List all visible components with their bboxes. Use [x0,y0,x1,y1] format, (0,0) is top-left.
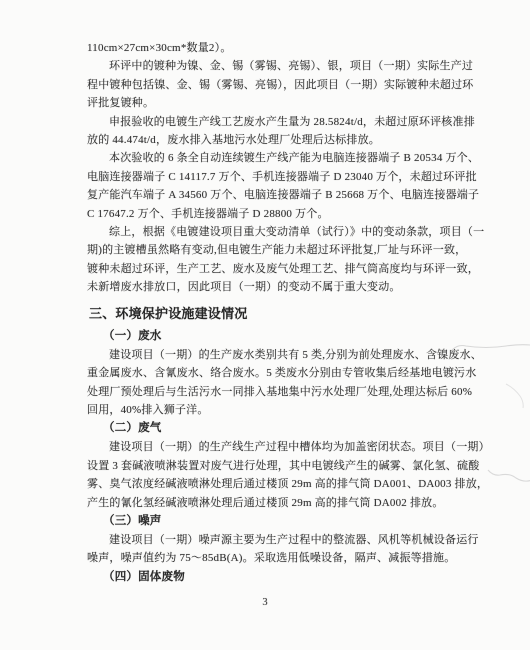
scanned-document-page: 110cm×27cm×30cm*数量2）。环评中的镀种为镍、金、锡（雾锡、亮锡）… [0,0,530,650]
page-number: 3 [0,597,530,608]
text-line: 处理厂预处理后与生活污水一同排入基地集中污水处理厂处理,处理达标后 60% [87,383,479,401]
text-line: 电脑连接器端子 C 14117.7 万个、手机连接器端子 D 23040 万个，… [87,168,479,186]
text-line: 设置 3 套碱液喷淋装置对废气进行处理，其中电镀线产生的碱雾、氯化氢、硫酸 [87,457,479,475]
text-line: 建设项目（一期）的生产线生产过程中槽体均为加盖密闭状态。项目（一期） [87,438,479,456]
text-line: 环评中的镀种为镍、金、锡（雾锡、亮锡）、银，项目（一期）实际生产过 [87,57,479,75]
subsection-heading: （一）废水 [87,327,479,346]
text-line: 回用，40%排入狮子洋。 [87,401,479,419]
text-line: 期)的主镀槽虽然略有变动,但电镀生产能力未超过环评批复,厂址与环评一致， [87,241,479,259]
subsection-heading: （四）固体废物 [87,568,479,587]
text-line: 雾、臭气浓度经碱液喷淋处理后通过楼顶 29m 高的排气筒 DA001、DA003… [87,475,479,493]
text-line: 放的 44.474t/d，废水排入基地污水处理厂处理后达标排放。 [87,131,479,149]
text-line: 110cm×27cm×30cm*数量2）。 [87,39,479,57]
text-line: 程中镀种包括镍、金、锡（雾锡、亮锡），因此项目（一期）实际镀种未超过环 [87,76,479,94]
text-line: 本次验收的 6 条全自动连续镀生产线产能为电脑连接器端子 B 20534 万个、 [87,149,479,167]
text-line: 综上，根据《电镀建设项目重大变动清单（试行）》中的变动条款，项目（一 [87,223,479,241]
text-line: 评批复镀种。 [87,94,479,112]
text-line: 建设项目（一期）噪声源主要为生产过程中的整流器、风机等机械设备运行 [87,531,479,549]
section-heading: 三、环境保护设施建设情况 [87,304,479,324]
text-line: 申报验收的电镀生产线工艺废水产生量为 28.5824t/d，未超过原环评核准排 [87,113,479,131]
text-line: 镀种未超过环评，生产工艺、废水及废气处理工艺、排气筒高度均与环评一致， [87,260,479,278]
document-body-text: 110cm×27cm×30cm*数量2）。环评中的镀种为镍、金、锡（雾锡、亮锡）… [87,39,479,587]
text-line: 产生的氰化氢经碱液喷淋处理后通过楼顶 29m 高的排气筒 DA002 排放。 [87,494,479,512]
subsection-heading: （二）废气 [87,419,479,438]
text-line: C 17647.2 万个、手机连接器端子 D 28800 万个。 [87,205,479,223]
text-line: 建设项目（一期）的生产废水类别共有 5 类,分别为前处理废水、含镍废水、 [87,346,479,364]
text-line: 噪声，噪声值约为 75～85dB(A)。采取选用低噪设备，隔声、减振等措施。 [87,549,479,567]
text-line: 未新增废水排放口，因此项目（一期）的变动不属于重大变动。 [87,278,479,296]
subsection-heading: （三）噪声 [87,512,479,531]
text-line: 复产能汽车端子 A 34560 万个、电脑连接器端子 B 25668 万个、电脑… [87,186,479,204]
text-line: 重金属废水、含氰废水、络合废水。5 类废水分别由专管收集后经基地电镀污水 [87,364,479,382]
